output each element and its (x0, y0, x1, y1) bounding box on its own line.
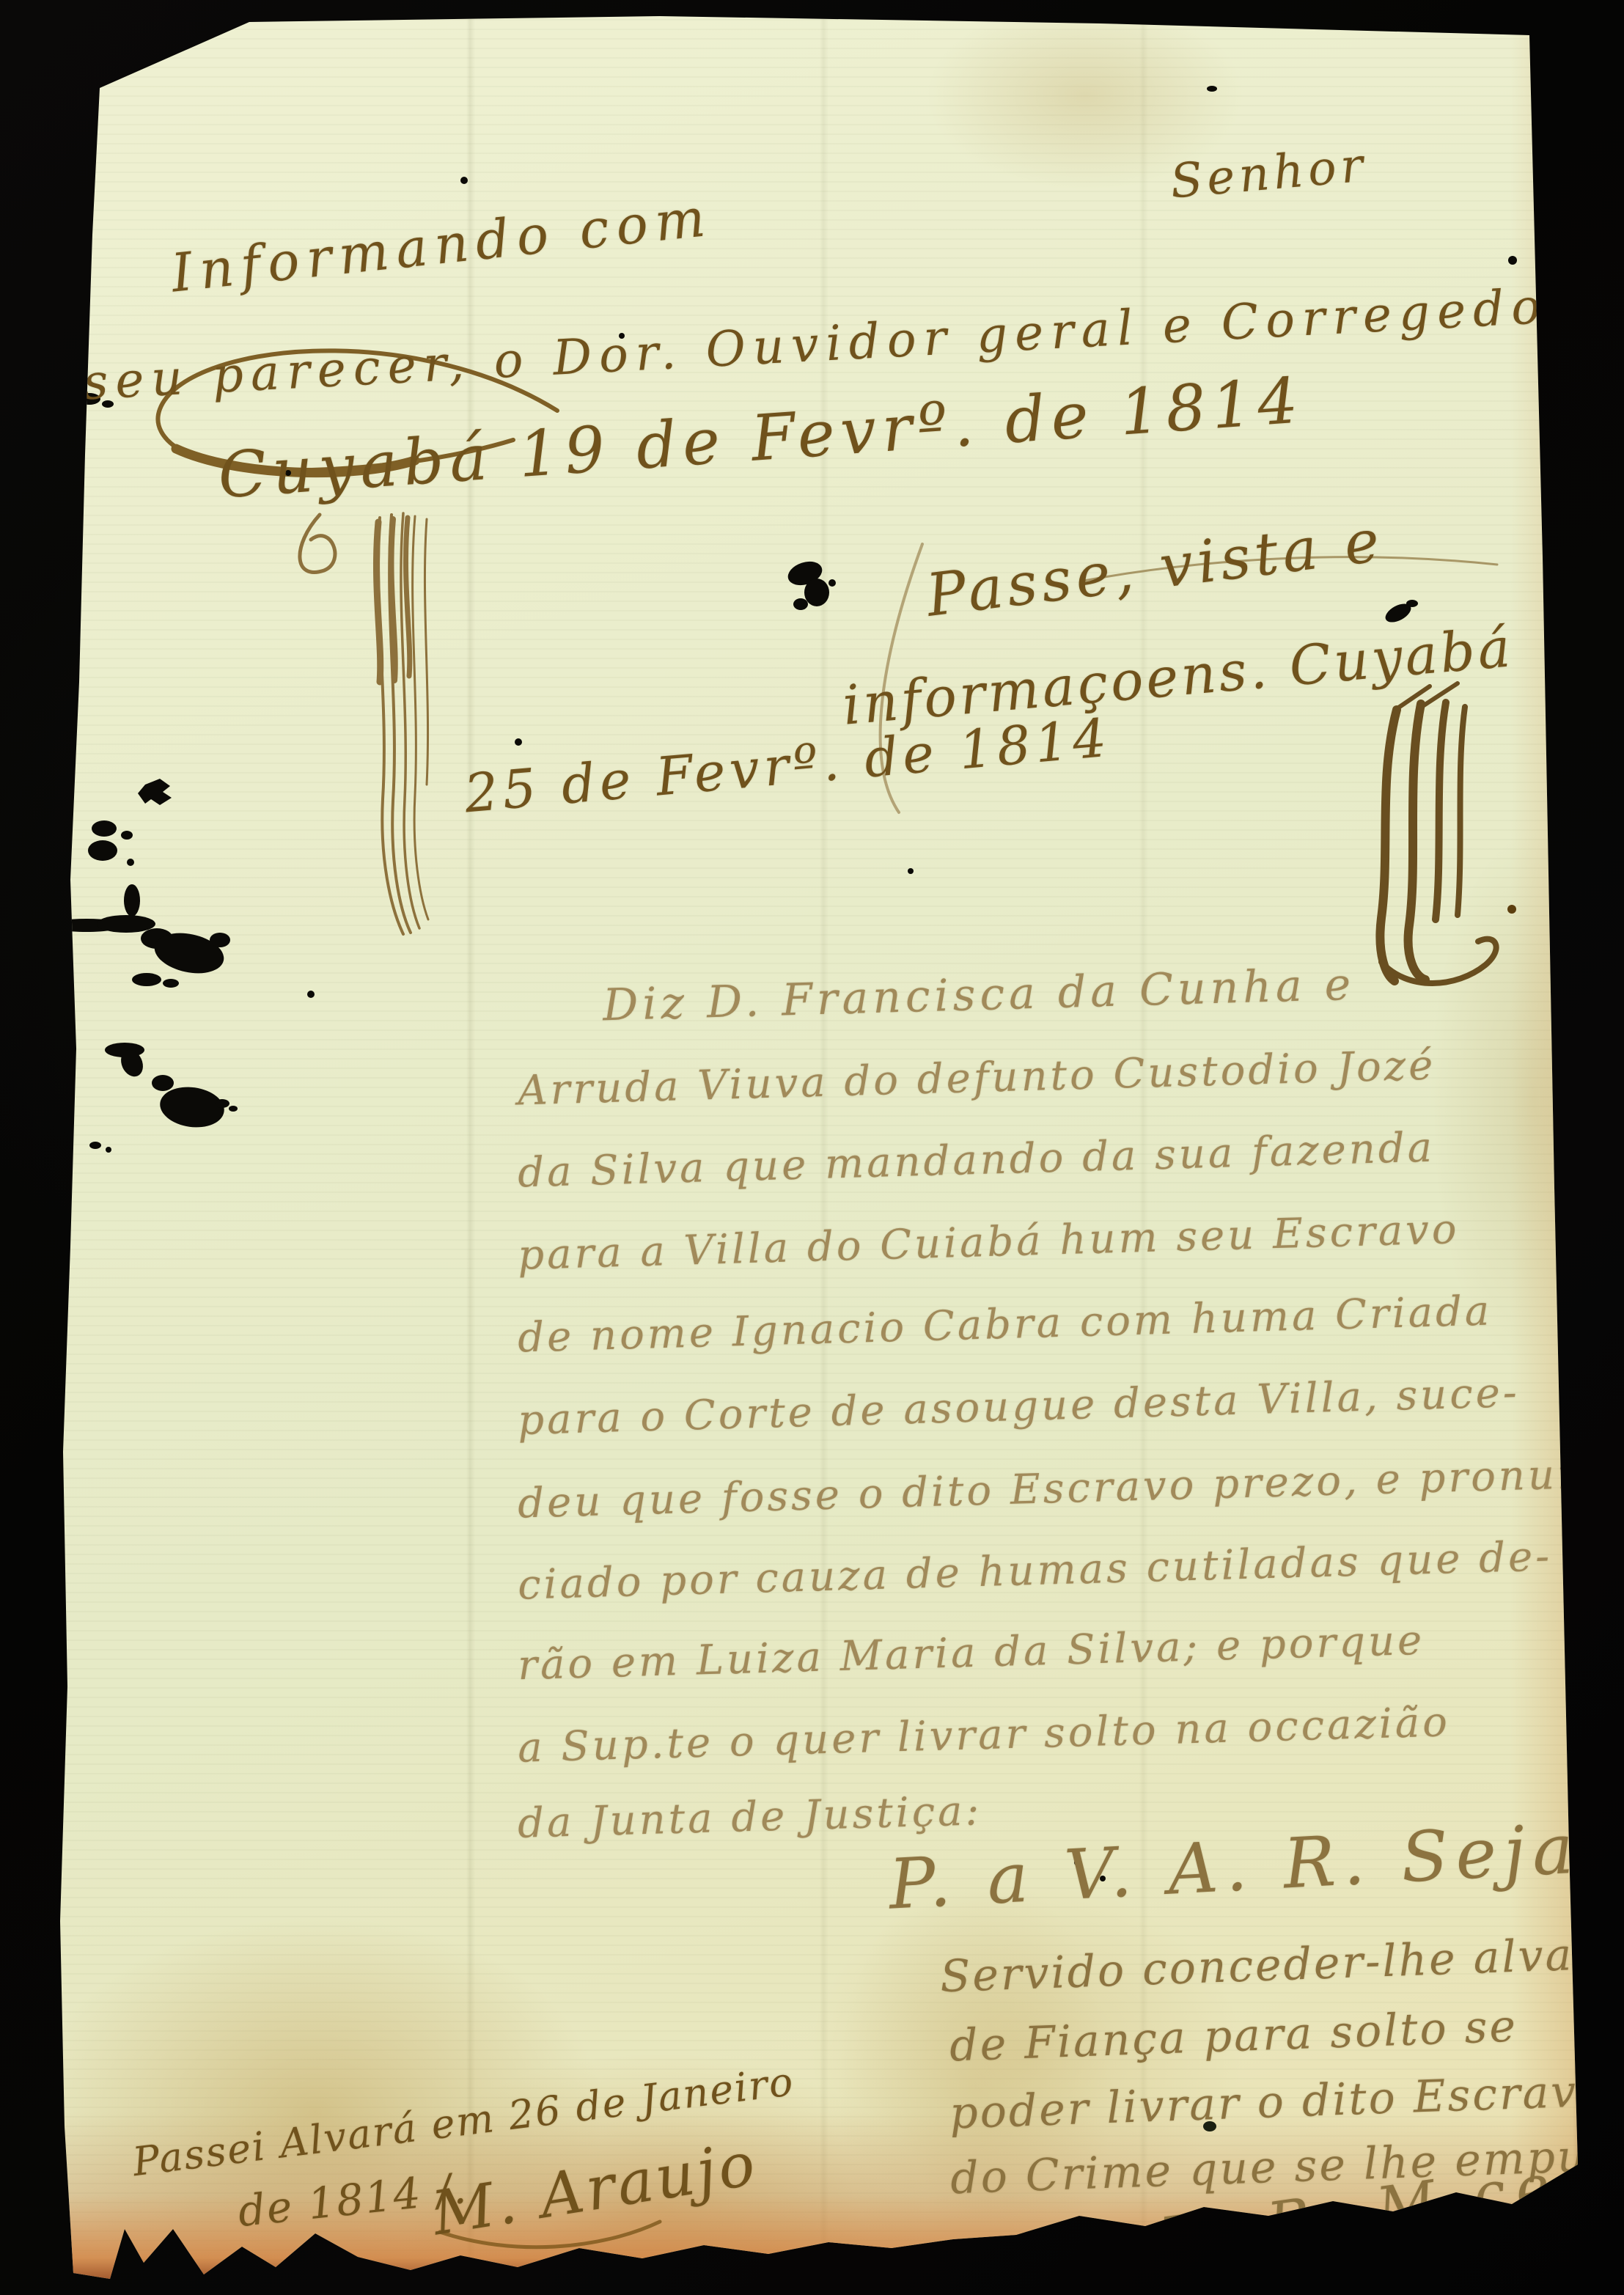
manuscript-page: Senhor Informando com seu parecer, o Dor… (0, 0, 1624, 2295)
manuscript-photo: Senhor Informando com seu parecer, o Dor… (0, 0, 1624, 2295)
